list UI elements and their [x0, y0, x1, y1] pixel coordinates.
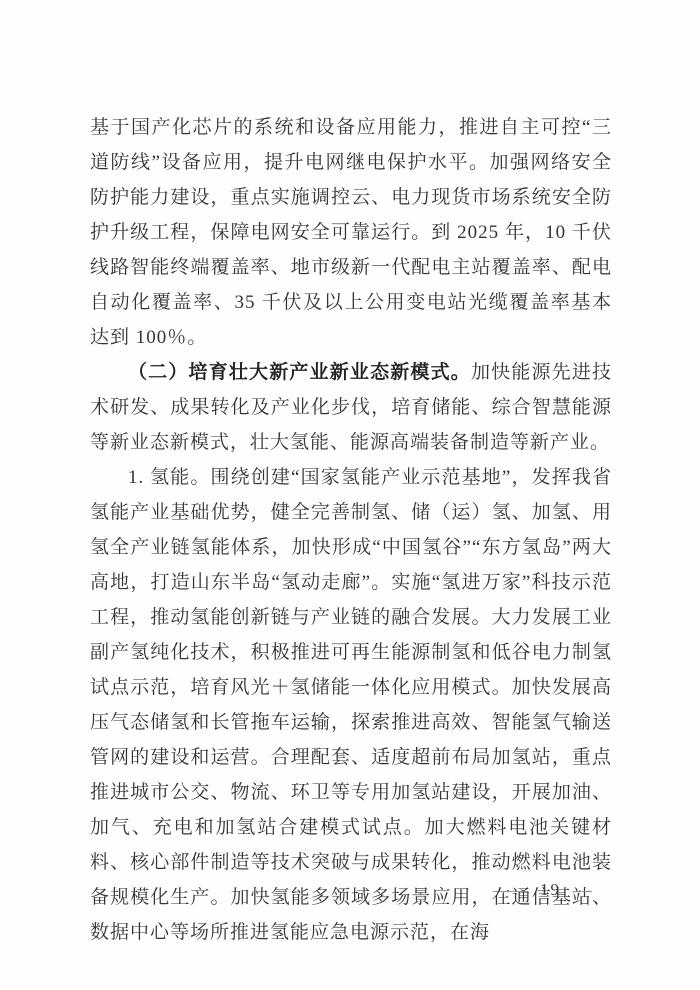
body-text: 基于国产化芯片的系统和设备应用能力，推进自主可控“三道防线”设备应用，提升电网继…	[90, 110, 612, 950]
footer-page-number: 19	[540, 880, 561, 900]
section-heading: （二）培育壮大新产业新业态新模式。	[128, 362, 471, 383]
footer-dash-left: —	[509, 881, 527, 899]
footer-dash-right: —	[574, 881, 592, 899]
paragraph-hydrogen-energy: 1. 氢能。围绕创建“国家氢能产业示范基地”，发挥我省氢能产业基础优势，健全完善…	[90, 460, 612, 950]
document-page: 基于国产化芯片的系统和设备应用能力，推进自主可控“三道防线”设备应用，提升电网继…	[0, 0, 700, 990]
page-footer: — 19 —	[509, 878, 592, 902]
paragraph-grid-security: 基于国产化芯片的系统和设备应用能力，推进自主可控“三道防线”设备应用，提升电网继…	[90, 110, 612, 355]
paragraph-section-two: （二）培育壮大新产业新业态新模式。加快能源先进技术研发、成果转化及产业化步伐，培…	[90, 355, 612, 460]
